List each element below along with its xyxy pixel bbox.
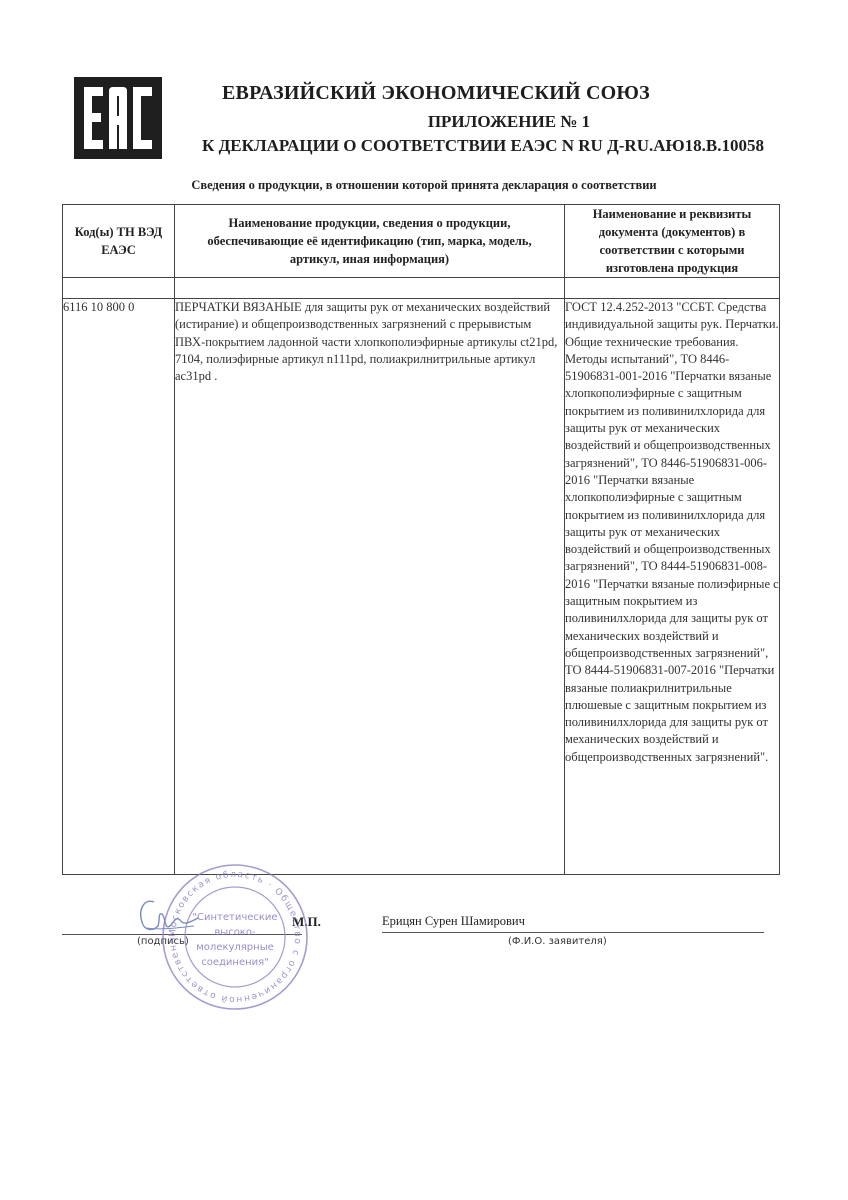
stamp-line-3: молекулярные xyxy=(196,942,274,953)
stamp-line-2: высоко- xyxy=(214,927,256,938)
column-header-product: Наименование продукции, сведения о проду… xyxy=(175,205,565,278)
table-row: 6116 10 800 0 ПЕРЧАТКИ ВЯЗАНЫЕ для защит… xyxy=(63,299,780,875)
info-line: Сведения о продукции, в отношении которо… xyxy=(0,178,848,193)
product-table: Код(ы) ТН ВЭД ЕАЭС Наименование продукци… xyxy=(62,204,780,875)
company-stamp-icon: Московская область · Общество с ограниче… xyxy=(160,862,310,1012)
applicant-line xyxy=(382,932,764,933)
row-documents: ГОСТ 12.4.252-2013 "ССБТ. Средства индив… xyxy=(565,299,780,875)
row-product: ПЕРЧАТКИ ВЯЗАНЫЕ для защиты рук от механ… xyxy=(175,299,565,875)
applicant-label: (Ф.И.О. заявителя) xyxy=(508,936,607,947)
table-spacer-row xyxy=(63,278,780,299)
applicant-name: Ерицян Сурен Шамирович xyxy=(382,914,525,929)
union-title: ЕВРАЗИЙСКИЙ ЭКОНОМИЧЕСКИЙ СОЮЗ xyxy=(222,82,650,105)
stamp-line-1: "Синтетические xyxy=(192,912,277,923)
table-header-row: Код(ы) ТН ВЭД ЕАЭС Наименование продукци… xyxy=(63,205,780,278)
declaration-title: К ДЕКЛАРАЦИИ О СООТВЕТСТВИИ ЕАЭС N RU Д-… xyxy=(202,136,764,156)
column-header-code: Код(ы) ТН ВЭД ЕАЭС xyxy=(63,205,175,278)
stamp-line-4: соединения" xyxy=(201,957,269,968)
appendix-title: ПРИЛОЖЕНИЕ № 1 xyxy=(0,112,848,132)
row-code: 6116 10 800 0 xyxy=(63,299,175,875)
column-header-documents: Наименование и реквизиты документа (доку… xyxy=(565,205,780,278)
